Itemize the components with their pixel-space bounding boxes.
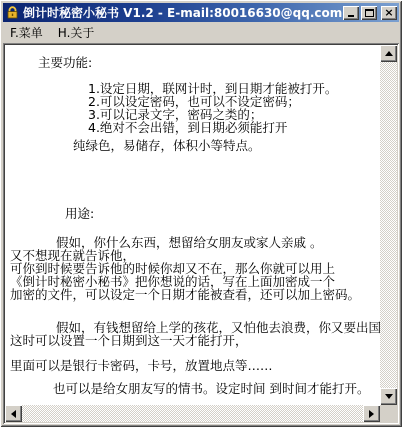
usage-header: 用途: [65, 207, 94, 220]
scroll-down-icon [385, 394, 393, 399]
content-area: 主要功能: 1.设定日期，联网计时，到日期才能被打开。 2.可以设定密码，也可以… [3, 43, 399, 424]
scroll-left-button[interactable] [5, 405, 22, 422]
window-title: 倒计时秘密小秘书 V1.2 - E-mail:80016630@qq.com [23, 4, 343, 21]
app-window: 倒计时秘密小秘书 V1.2 - E-mail:80016630@qq.com ×… [0, 0, 402, 427]
close-button[interactable]: × [381, 6, 397, 20]
features-header: 主要功能: [38, 56, 92, 69]
usage-text-line: 里面可以是银行卡密码，卡号，放置地点等…… [10, 359, 273, 372]
feature-item: 4.绝对不会出错，到日期必须能打开 [88, 121, 287, 134]
usage-text-line: 也可以是给女朋友写的情书。设定时间 到时间才能打开。 [53, 382, 369, 395]
title-bar[interactable]: 倒计时秘密小秘书 V1.2 - E-mail:80016630@qq.com × [3, 3, 399, 22]
usage-text-line: 加密的文件，可以设定一个日期才能被查看，还可以加上密码。 [10, 288, 360, 301]
vertical-scrollbar [380, 45, 397, 405]
menu-item-file[interactable]: F.菜单 [10, 24, 43, 41]
scroll-left-icon [11, 410, 16, 418]
lock-icon [6, 6, 19, 19]
scroll-up-icon [385, 51, 393, 56]
menu-bar: F.菜单 H.关于 [3, 22, 399, 43]
close-icon: × [384, 7, 393, 18]
minimize-icon [348, 15, 354, 17]
scroll-down-button[interactable] [380, 388, 397, 405]
summary-line: 纯绿色，易储存，体积小等特点。 [73, 139, 261, 152]
text-area: 主要功能: 1.设定日期，联网计时，到日期才能被打开。 2.可以设定密码，也可以… [5, 45, 380, 405]
usage-text-line: 这时可以设置一个日期到这一天才能打开， [10, 334, 248, 347]
vertical-scrollbar-track[interactable] [380, 62, 397, 388]
scroll-right-icon [369, 410, 374, 418]
scroll-up-button[interactable] [380, 45, 397, 62]
window-controls: × [343, 6, 397, 20]
maximize-icon [365, 9, 374, 17]
horizontal-scrollbar [5, 405, 380, 422]
scroll-right-button[interactable] [363, 405, 380, 422]
maximize-button[interactable] [361, 6, 377, 20]
horizontal-scrollbar-track[interactable] [22, 405, 363, 422]
minimize-button[interactable] [343, 6, 359, 20]
menu-item-about[interactable]: H.关于 [58, 24, 95, 41]
scrollbar-corner [380, 405, 397, 422]
